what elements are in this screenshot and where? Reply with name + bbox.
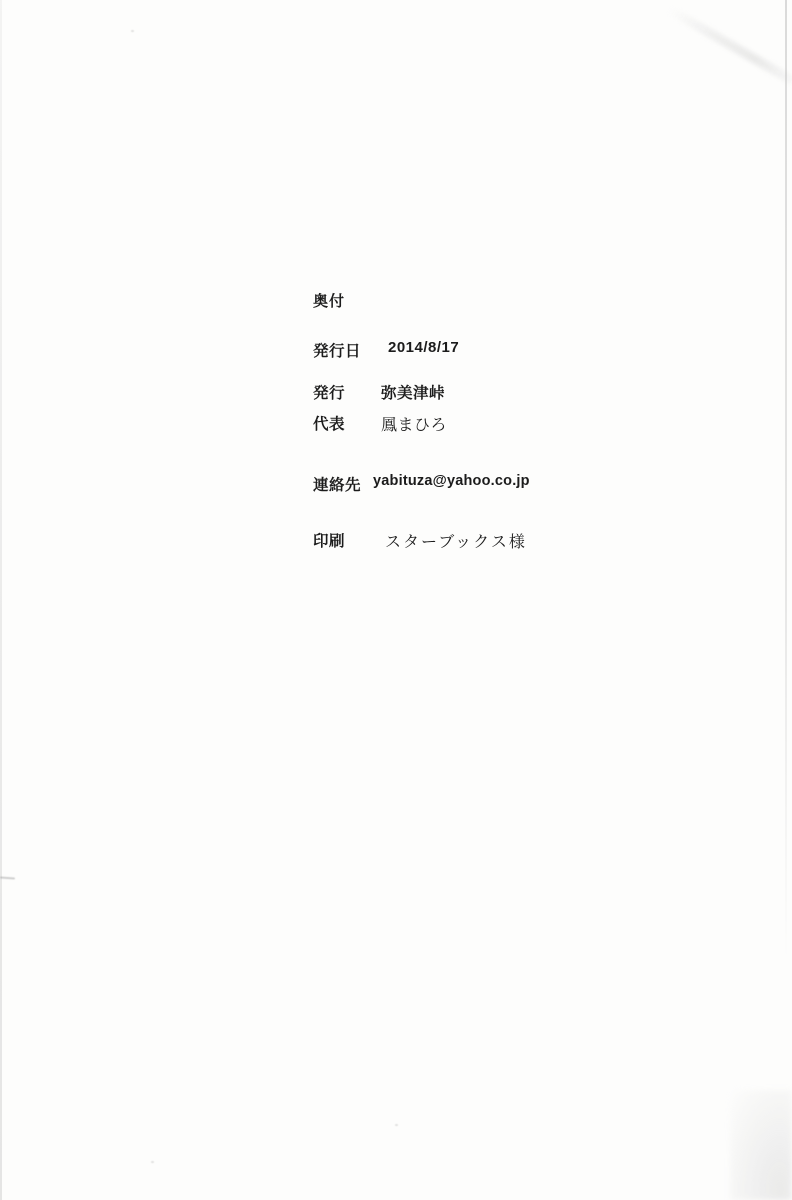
colophon-title: 奥付 xyxy=(313,290,345,311)
field-label-contact: 連絡先 xyxy=(313,473,361,495)
scanned-colophon-page: 奥付 発行日 2014/8/17 発行 弥美津峠 代表 鳳まひろ 連絡先 yab… xyxy=(0,0,792,1200)
field-label-publisher: 発行 xyxy=(313,381,345,403)
scan-speck xyxy=(131,30,134,32)
scan-edge-line-left xyxy=(0,0,2,1200)
scan-edge-line-right xyxy=(785,0,787,960)
scan-speck xyxy=(151,1161,154,1163)
field-value-contact-email: yabituza@yahoo.co.jp xyxy=(373,473,530,489)
field-value-publisher: 弥美津峠 xyxy=(381,381,445,403)
field-label-printer: 印刷 xyxy=(313,529,345,551)
field-label-publication-date: 発行日 xyxy=(313,339,361,361)
field-label-representative: 代表 xyxy=(313,412,345,434)
field-value-printer: スターブックス様 xyxy=(385,529,527,552)
scan-scratch-left-edge xyxy=(0,876,15,879)
field-value-publication-date: 2014/8/17 xyxy=(388,339,459,356)
scan-speck xyxy=(395,1124,398,1126)
scan-streak-top-right xyxy=(668,6,792,85)
field-value-representative: 鳳まひろ xyxy=(381,412,447,435)
scan-blotch-bottom-right xyxy=(730,1090,792,1200)
